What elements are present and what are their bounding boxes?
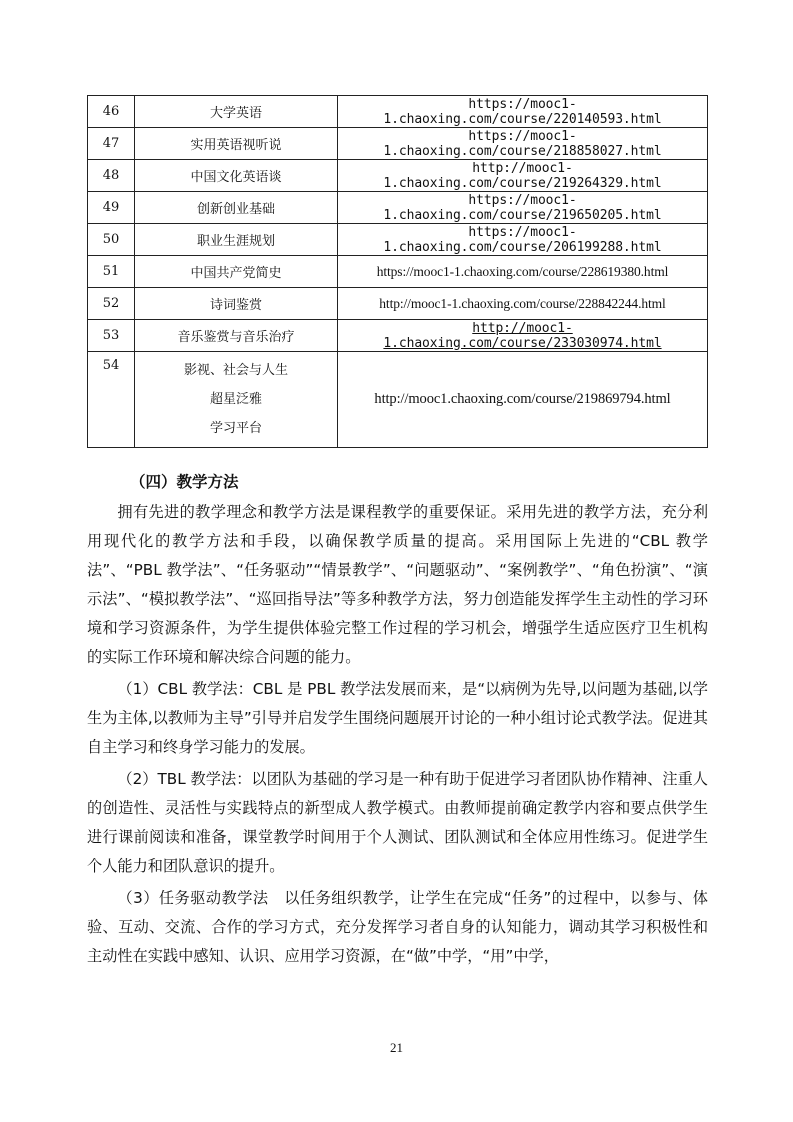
table-row: 52 诗词鉴赏 http://mooc1-1.chaoxing.com/cour…	[88, 288, 708, 320]
row-number: 50	[88, 224, 135, 256]
section-heading: （四）教学方法	[130, 470, 239, 492]
course-name: 职业生涯规划	[135, 224, 338, 256]
course-url: http://mooc1-1.chaoxing.com/course/22884…	[338, 288, 708, 320]
course-name: 大学英语	[135, 96, 338, 128]
course-link[interactable]: https://mooc1-1.chaoxing.com/course/2061…	[383, 225, 661, 255]
course-url: http://mooc1-1.chaoxing.com/course/23303…	[338, 320, 708, 352]
row-number: 54	[88, 352, 135, 448]
table-row: 51 中国共产党简史 https://mooc1-1.chaoxing.com/…	[88, 256, 708, 288]
row-number: 47	[88, 128, 135, 160]
course-link[interactable]: http://mooc1-1.chaoxing.com/course/22884…	[379, 296, 665, 311]
table-row: 48 中国文化英语谈 http://mooc1-1.chaoxing.com/c…	[88, 160, 708, 192]
course-link[interactable]: https://mooc1-1.chaoxing.com/course/2188…	[383, 129, 661, 159]
row-number: 48	[88, 160, 135, 192]
course-name: 影视、社会与人生 超星泛雅 学习平台	[135, 352, 338, 448]
course-name: 实用英语视听说	[135, 128, 338, 160]
row-number: 53	[88, 320, 135, 352]
course-url: https://mooc1-1.chaoxing.com/course/2061…	[338, 224, 708, 256]
course-url: https://mooc1-1.chaoxing.com/course/2201…	[338, 96, 708, 128]
course-platform-line: 超星泛雅	[135, 385, 337, 414]
table-row: 53 音乐鉴赏与音乐治疗 http://mooc1-1.chaoxing.com…	[88, 320, 708, 352]
row-number: 52	[88, 288, 135, 320]
course-name: 中国文化英语谈	[135, 160, 338, 192]
row-number: 46	[88, 96, 135, 128]
tbl-paragraph: （2）TBL 教学法：以团队为基础的学习是一种有助于促进学习者团队协作精神、注重…	[87, 765, 708, 881]
table-row: 46 大学英语 https://mooc1-1.chaoxing.com/cou…	[88, 96, 708, 128]
row-number: 51	[88, 256, 135, 288]
table-row: 49 创新创业基础 https://mooc1-1.chaoxing.com/c…	[88, 192, 708, 224]
table-row: 50 职业生涯规划 https://mooc1-1.chaoxing.com/c…	[88, 224, 708, 256]
course-url: https://mooc1-1.chaoxing.com/course/2196…	[338, 192, 708, 224]
course-url: http://mooc1.chaoxing.com/course/2198697…	[338, 352, 708, 448]
row-number: 49	[88, 192, 135, 224]
page-number: 21	[0, 1040, 793, 1056]
cbl-paragraph: （1）CBL 教学法：CBL 是 PBL 教学法发展而来，是“以病例为先导,以问…	[87, 675, 708, 762]
course-links-table: 46 大学英语 https://mooc1-1.chaoxing.com/cou…	[87, 95, 708, 448]
course-url: https://mooc1-1.chaoxing.com/course/2188…	[338, 128, 708, 160]
document-page: 46 大学英语 https://mooc1-1.chaoxing.com/cou…	[0, 0, 793, 1122]
course-url: https://mooc1-1.chaoxing.com/course/2286…	[338, 256, 708, 288]
course-name: 诗词鉴赏	[135, 288, 338, 320]
section-body: 拥有先进的教学理念和教学方法是课程教学的重要保证。采用先进的教学方法，充分利用现…	[87, 498, 708, 971]
course-link[interactable]: https://mooc1-1.chaoxing.com/course/2286…	[377, 264, 669, 279]
intro-paragraph: 拥有先进的教学理念和教学方法是课程教学的重要保证。采用先进的教学方法，充分利用现…	[87, 498, 708, 672]
course-link[interactable]: https://mooc1-1.chaoxing.com/course/2201…	[383, 97, 661, 127]
course-name: 创新创业基础	[135, 192, 338, 224]
course-platform-line: 学习平台	[135, 414, 337, 443]
course-link[interactable]: http://mooc1-1.chaoxing.com/course/21926…	[383, 161, 661, 191]
course-name-line: 影视、社会与人生	[135, 356, 337, 385]
course-link[interactable]: http://mooc1-1.chaoxing.com/course/23303…	[383, 321, 661, 351]
task-driven-paragraph: （3）任务驱动教学法 以任务组织教学，让学生在完成“任务”的过程中，以参与、体验…	[87, 884, 708, 971]
course-name: 中国共产党简史	[135, 256, 338, 288]
table-row: 54 影视、社会与人生 超星泛雅 学习平台 http://mooc1.chaox…	[88, 352, 708, 448]
course-name: 音乐鉴赏与音乐治疗	[135, 320, 338, 352]
course-link[interactable]: https://mooc1-1.chaoxing.com/course/2196…	[383, 193, 661, 223]
course-link[interactable]: http://mooc1.chaoxing.com/course/2198697…	[374, 391, 670, 407]
table-row: 47 实用英语视听说 https://mooc1-1.chaoxing.com/…	[88, 128, 708, 160]
course-url: http://mooc1-1.chaoxing.com/course/21926…	[338, 160, 708, 192]
